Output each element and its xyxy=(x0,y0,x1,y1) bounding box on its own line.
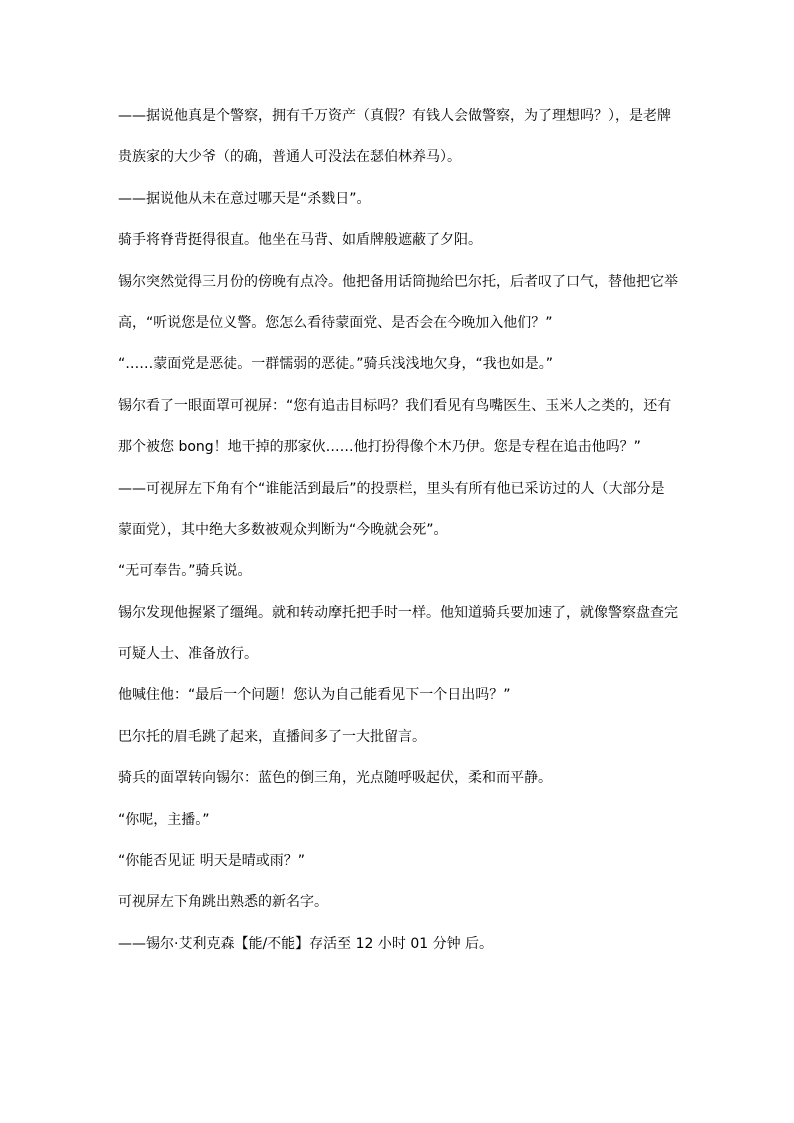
text-line: “……蒙面党是恶徒。一群懦弱的恶徒。”骑兵浅浅地欠身，“我也如是。” xyxy=(118,344,680,385)
text-line: 可疑人士、准备放行。 xyxy=(118,634,680,675)
text-line: ——据说他真是个警察，拥有千万资产（真假？有钱人会做警察，为了理想吗？），是老牌 xyxy=(118,96,680,137)
text-line: 可视屏左下角跳出熟悉的新名字。 xyxy=(118,882,680,923)
text-line: “你呢，主播。” xyxy=(118,800,680,841)
text-line: ——可视屏左下角有个“谁能活到最后”的投票栏，里头有所有他已采访过的人（大部分是 xyxy=(118,469,680,510)
text-line: 高，“听说您是位义警。您怎么看待蒙面党、是否会在今晚加入他们？” xyxy=(118,303,680,344)
text-line: 锡尔发现他握紧了缰绳。就和转动摩托把手时一样。他知道骑兵要加速了，就像警察盘查完 xyxy=(118,593,680,634)
text-line: ——锡尔·艾利克森【能/不能】存活至 12 小时 01 分钟 后。 xyxy=(118,924,680,965)
text-line: ——据说他从未在意过哪天是“杀戮日”。 xyxy=(118,179,680,220)
text-line: 他喊住他：“最后一个问题！您认为自己能看见下一个日出吗？” xyxy=(118,675,680,716)
text-line: 骑手将脊背挺得很直。他坐在马背、如盾牌般遮蔽了夕阳。 xyxy=(118,220,680,261)
document-page: ——据说他真是个警察，拥有千万资产（真假？有钱人会做警察，为了理想吗？），是老牌… xyxy=(0,0,794,1123)
text-line: “无可奉告。”骑兵说。 xyxy=(118,551,680,592)
text-line: 蒙面党），其中绝大多数被观众判断为“今晚就会死”。 xyxy=(118,510,680,551)
text-line: 巴尔托的眉毛跳了起来，直播间多了一大批留言。 xyxy=(118,717,680,758)
text-line: 锡尔看了一眼面罩可视屏：“您有追击目标吗？我们看见有鸟嘴医生、玉米人之类的，还有 xyxy=(118,386,680,427)
text-line: 锡尔突然觉得三月份的傍晚有点冷。他把备用话筒抛给巴尔托，后者叹了口气，替他把它举 xyxy=(118,262,680,303)
text-line: 贵族家的大少爷（的确，普通人可没法在瑟伯林养马）。 xyxy=(118,137,680,178)
text-line: “你能否见证 明天是晴或雨？” xyxy=(118,841,680,882)
text-line: 骑兵的面罩转向锡尔：蓝色的倒三角，光点随呼吸起伏，柔和而平静。 xyxy=(118,758,680,799)
text-line: 那个被您 bong！地干掉的那家伙……他打扮得像个木乃伊。您是专程在追击他吗？” xyxy=(118,427,680,468)
document-text-block: ——据说他真是个警察，拥有千万资产（真假？有钱人会做警察，为了理想吗？），是老牌… xyxy=(118,96,680,965)
